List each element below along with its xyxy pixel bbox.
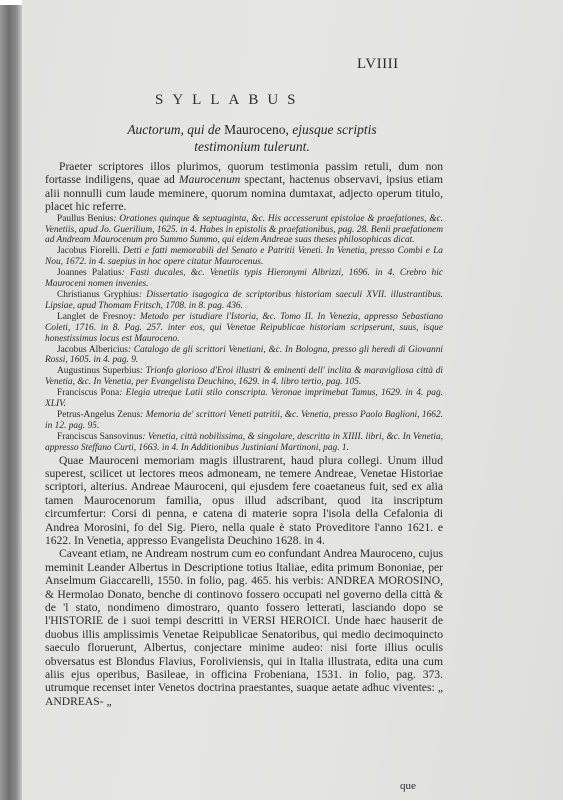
bibliography-entry: Augustinus Superbius: Trionfo glorioso d… — [45, 366, 443, 388]
page-title: SYLLABUS — [155, 92, 305, 109]
bibliography-entry: Jacobus Fiorelli. Detti e fatti memorabi… — [45, 246, 443, 268]
entry-author: Jacobus Albericius — [57, 345, 128, 355]
bibliography-entry: Petrus-Angelus Zenus: Memoria de' scritt… — [45, 410, 443, 432]
page-number: LVIIII — [357, 56, 399, 73]
bibliography-entry: Langlet de Fresnoy: Metodo per istudiare… — [45, 312, 443, 345]
body-paragraph: Quae Mauroceni memoriam magis illustrare… — [45, 454, 443, 548]
entry-author: Petrus-Angelus Zenus — [57, 410, 140, 420]
book-page: LVIIII SYLLABUS Auctorum, qui de Mauroce… — [22, 0, 563, 800]
entry-author: Paullus Benius — [57, 214, 113, 224]
entry-author: Joannes Palatius — [57, 268, 122, 278]
entry-author: Augustinus Superbius — [57, 366, 140, 376]
entry-author: Franciscus Sansovinus — [57, 432, 142, 442]
intro-paragraph: Praeter scriptores illos plurimos, quoru… — [45, 160, 443, 214]
bibliography-entry: Jacobus Albericius: Catalogo de gli scri… — [45, 345, 443, 367]
subtitle-part-2: Mauroceno, — [221, 122, 293, 137]
bibliography-entry: Christianus Gryphius: Dissertatio isagog… — [45, 290, 443, 312]
entry-author: Franciscus Pona — [57, 388, 119, 398]
subtitle-line-2: testimonium tulerunt. — [194, 139, 310, 154]
bibliography-entry: Franciscus Pona: Elegia utreque Latii st… — [45, 388, 443, 410]
bibliography-entry: Paullus Benius: Orationes quinque & sept… — [45, 214, 443, 247]
subtitle-part-1: Auctorum, qui de — [127, 122, 220, 137]
scan-corner-artifact — [0, 0, 24, 5]
subtitle-part-3: ejusque scriptis — [292, 122, 376, 137]
scan-binding-edge — [0, 0, 22, 800]
entry-author: Jacobus Fiorelli. — [57, 246, 120, 256]
body-text: Praeter scriptores illos plurimos, quoru… — [45, 160, 443, 708]
bibliography-entry: Franciscus Sansovinus: Venetia, città no… — [45, 432, 443, 454]
bibliography-entry: Joannes Palatius: Fasti ducales, &c. Ven… — [45, 268, 443, 290]
page-subtitle: Auctorum, qui de Mauroceno, ejusque scri… — [82, 121, 422, 155]
catchword: que — [400, 780, 416, 792]
entry-author: Christianus Gryphius — [57, 290, 139, 300]
entry-author: Langlet de Fresnoy — [57, 312, 133, 322]
emphasis-name: Maurocenum — [179, 173, 240, 186]
body-paragraph: Caveant etiam, ne Andream nostrum cum eo… — [45, 547, 443, 708]
